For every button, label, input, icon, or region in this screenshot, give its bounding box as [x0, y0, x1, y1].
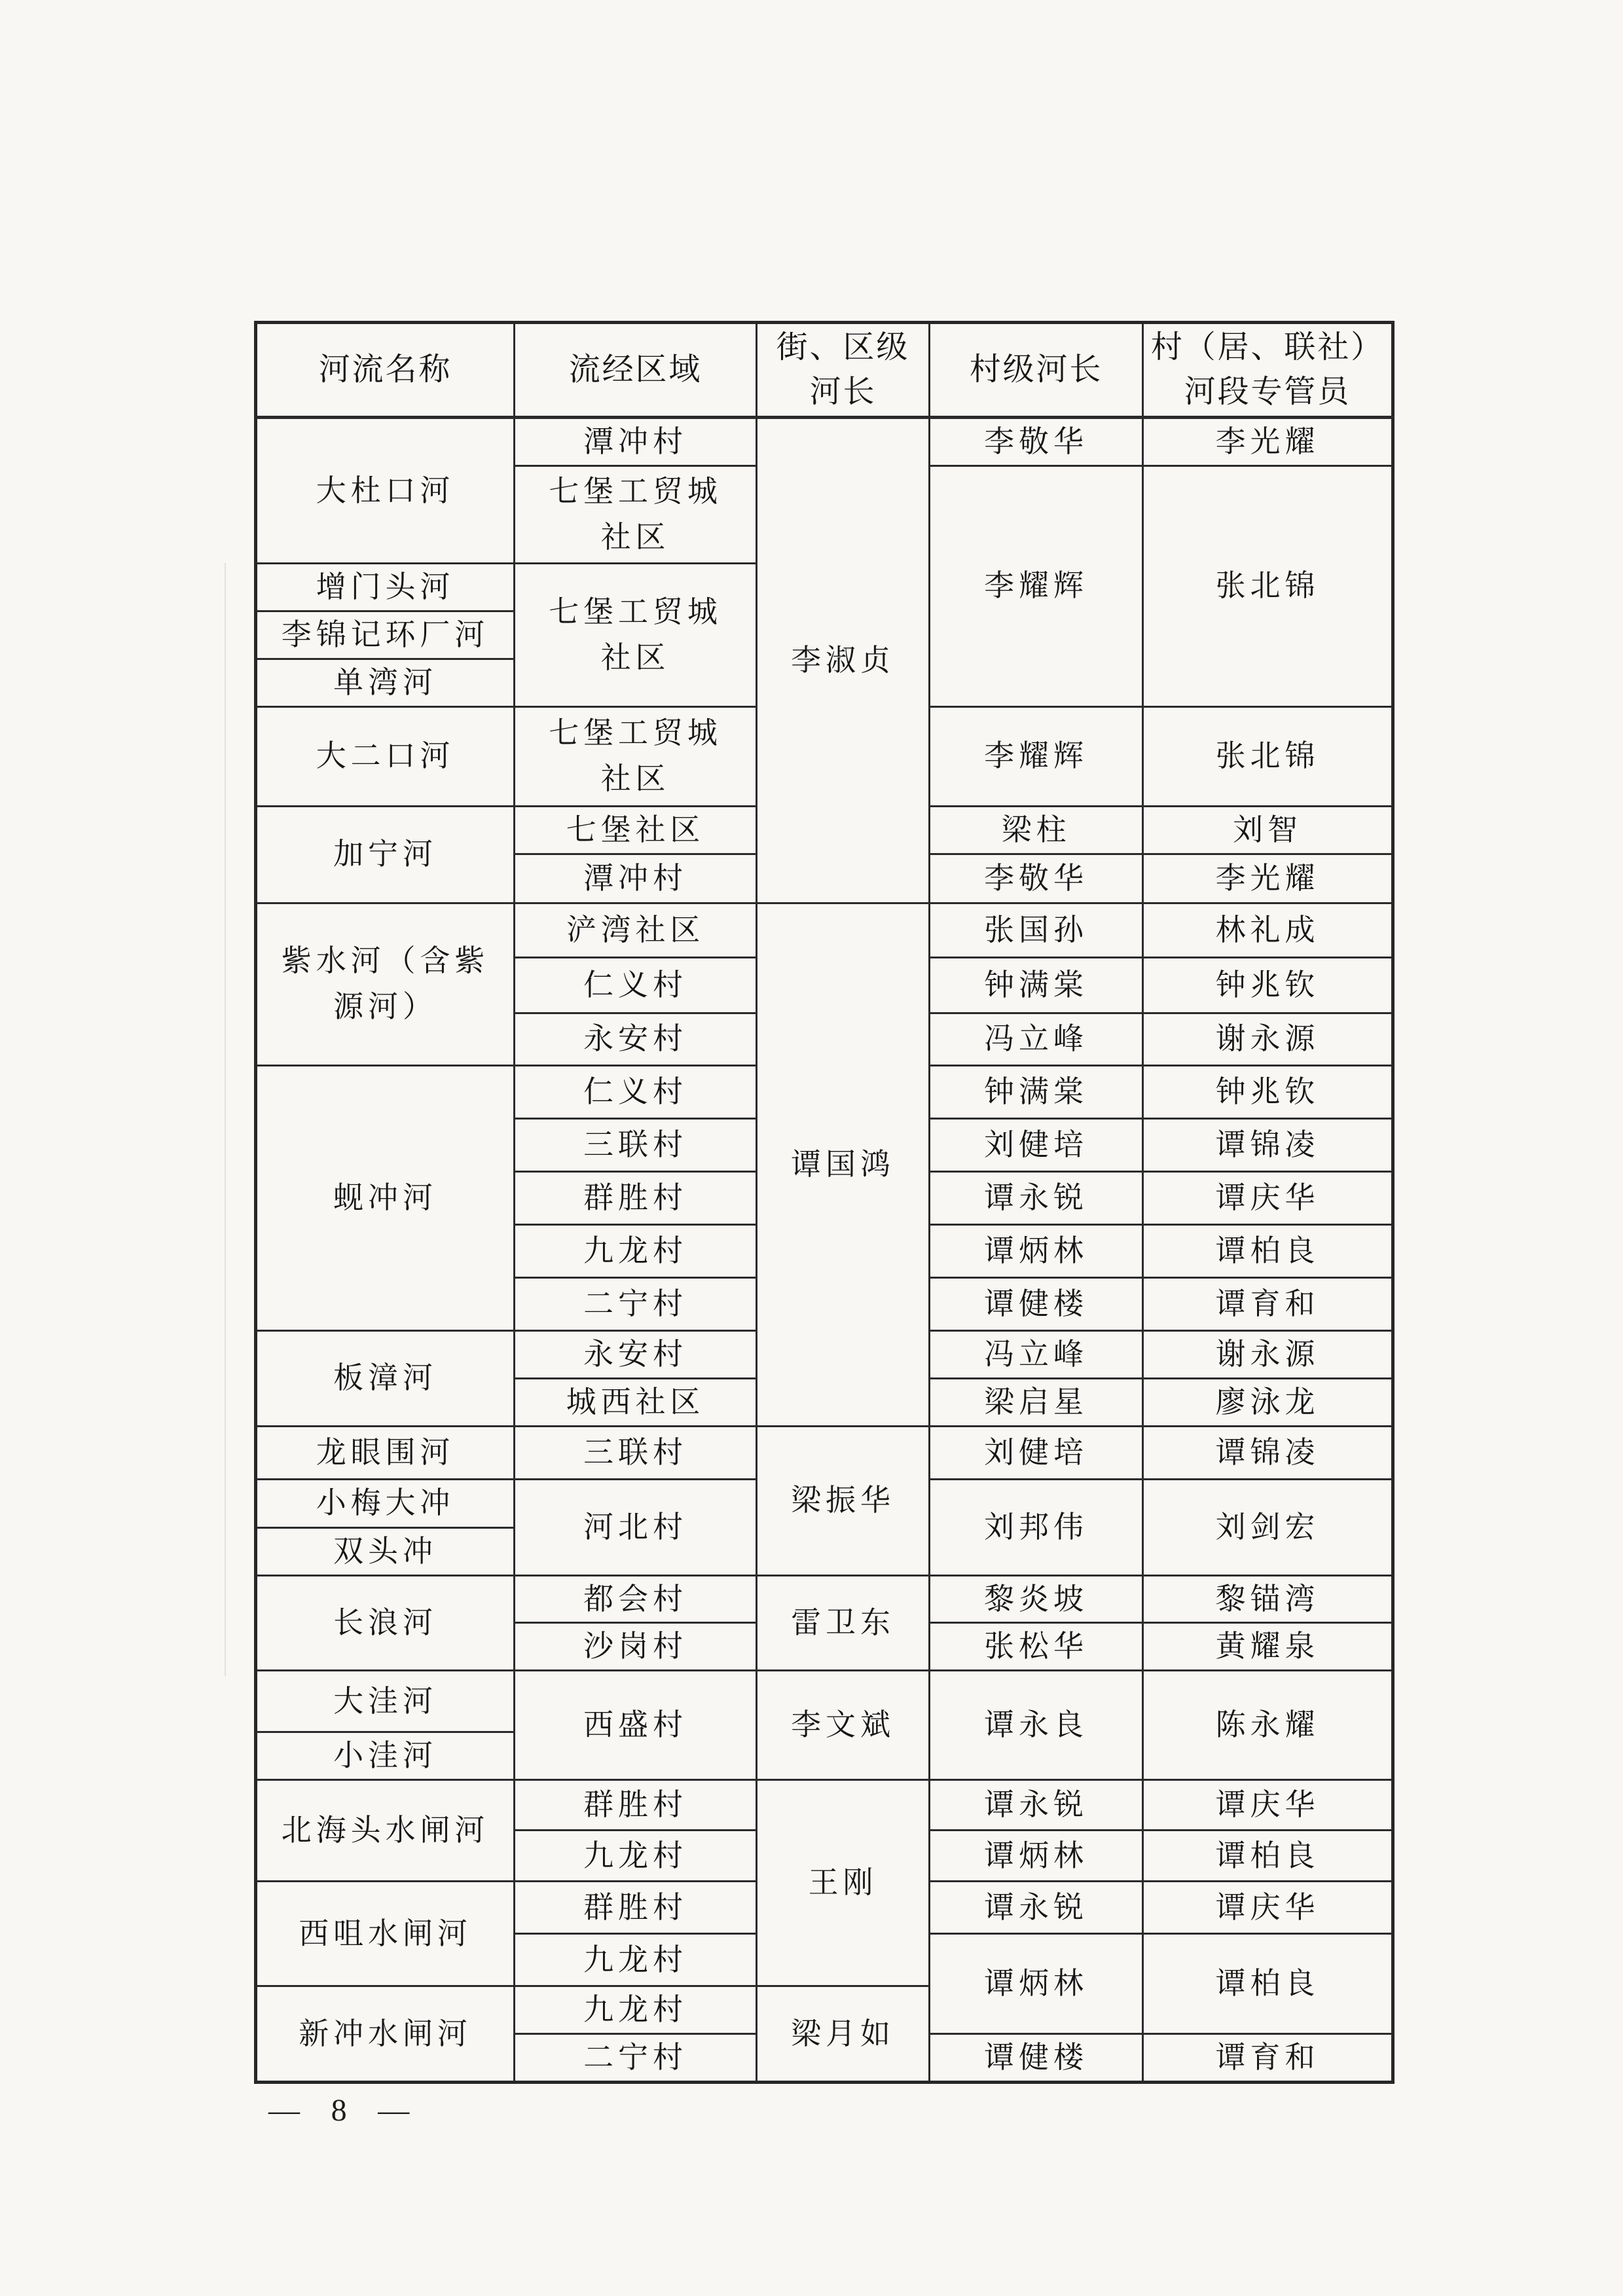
river-name-cell: 龙眼围河 — [256, 1426, 515, 1479]
section-supervisor-cell: 钟兆钦 — [1143, 957, 1393, 1013]
flow-area-cell: 九龙村 — [515, 1224, 757, 1277]
river-name-cell: 小洼河 — [256, 1732, 515, 1780]
flow-area-cell: 潭冲村 — [515, 418, 757, 466]
flow-area-cell: 永安村 — [515, 1330, 757, 1378]
flow-area-cell: 二宁村 — [515, 1277, 757, 1330]
flow-area-cell: 三联村 — [515, 1426, 757, 1479]
river-name-cell: 单湾河 — [256, 659, 515, 706]
village-chief-cell: 梁启星 — [930, 1378, 1143, 1426]
section-supervisor-cell: 张北锦 — [1143, 706, 1393, 806]
section-supervisor-cell: 张北锦 — [1143, 465, 1393, 706]
flow-area-cell: 七堡社区 — [515, 806, 757, 854]
street-district-chief-cell: 雷卫东 — [757, 1575, 930, 1671]
flow-area-cell: 永安村 — [515, 1013, 757, 1065]
section-supervisor-cell: 刘智 — [1143, 806, 1393, 854]
flow-area-cell: 七堡工贸城 社区 — [515, 706, 757, 806]
river-name-cell: 长浪河 — [256, 1575, 515, 1671]
section-supervisor-cell: 谭庆华 — [1143, 1171, 1393, 1224]
village-chief-cell: 谭健楼 — [930, 1277, 1143, 1330]
village-chief-cell: 李耀辉 — [930, 465, 1143, 706]
header-street-district-chief: 街、区级 河长 — [757, 323, 930, 418]
section-supervisor-cell: 谭锦凌 — [1143, 1426, 1393, 1479]
river-name-cell: 加宁河 — [256, 806, 515, 903]
village-chief-cell: 梁柱 — [930, 806, 1143, 854]
village-chief-cell: 谭炳林 — [930, 1831, 1143, 1882]
flow-area-cell: 九龙村 — [515, 1831, 757, 1882]
table-header: 河流名称 流经区域 街、区级 河长 村级河长 村（居、联社） 河段专管员 — [256, 323, 1393, 418]
flow-area-cell: 三联村 — [515, 1118, 757, 1171]
river-name-cell: 北海头水闸河 — [256, 1780, 515, 1882]
section-supervisor-cell: 林礼成 — [1143, 903, 1393, 957]
table-row: 大洼河西盛村李文斌谭永良陈永耀 — [256, 1671, 1393, 1732]
village-chief-cell: 谭健楼 — [930, 2034, 1143, 2083]
section-supervisor-cell: 黄耀泉 — [1143, 1623, 1393, 1671]
scan-artifact-line — [225, 563, 226, 1676]
section-supervisor-cell: 谭育和 — [1143, 1277, 1393, 1330]
street-district-chief-cell: 王刚 — [757, 1780, 930, 1986]
street-district-chief-cell: 梁振华 — [757, 1426, 930, 1575]
flow-area-cell: 河北村 — [515, 1479, 757, 1575]
village-chief-cell: 冯立峰 — [930, 1013, 1143, 1065]
table-row: 紫水河（含紫 源河）浐湾社区谭国鸿张国孙林礼成 — [256, 903, 1393, 957]
village-chief-cell: 谭炳林 — [930, 1224, 1143, 1277]
village-chief-cell: 谭炳林 — [930, 1934, 1143, 2034]
river-name-cell: 大洼河 — [256, 1671, 515, 1732]
flow-area-cell: 七堡工贸城 社区 — [515, 465, 757, 563]
section-supervisor-cell: 谭柏良 — [1143, 1224, 1393, 1277]
village-chief-cell: 刘邦伟 — [930, 1479, 1143, 1575]
flow-area-cell: 西盛村 — [515, 1671, 757, 1780]
section-supervisor-cell: 李光耀 — [1143, 418, 1393, 466]
section-supervisor-cell: 廖泳龙 — [1143, 1378, 1393, 1426]
page-number: — 8 — — [259, 2092, 422, 2128]
river-chief-table: 河流名称 流经区域 街、区级 河长 村级河长 村（居、联社） 河段专管员 大杜口… — [254, 321, 1395, 2084]
village-chief-cell: 张国孙 — [930, 903, 1143, 957]
table-row: 大杜口河潭冲村李淑贞李敬华李光耀 — [256, 418, 1393, 466]
section-supervisor-cell: 谭柏良 — [1143, 1831, 1393, 1882]
flow-area-cell: 都会村 — [515, 1575, 757, 1623]
flow-area-cell: 群胜村 — [515, 1171, 757, 1224]
flow-area-cell: 七堡工贸城 社区 — [515, 563, 757, 706]
section-supervisor-cell: 谢永源 — [1143, 1330, 1393, 1378]
river-name-cell: 紫水河（含紫 源河） — [256, 903, 515, 1065]
river-name-cell: 大杜口河 — [256, 418, 515, 564]
river-name-cell: 李锦记环厂河 — [256, 611, 515, 659]
section-supervisor-cell: 黎锚湾 — [1143, 1575, 1393, 1623]
section-supervisor-cell: 钟兆钦 — [1143, 1065, 1393, 1118]
village-chief-cell: 谭永良 — [930, 1671, 1143, 1780]
village-chief-cell: 刘健培 — [930, 1426, 1143, 1479]
header-section-supervisor: 村（居、联社） 河段专管员 — [1143, 323, 1393, 418]
village-chief-cell: 谭永锐 — [930, 1882, 1143, 1934]
section-supervisor-cell: 谢永源 — [1143, 1013, 1393, 1065]
table-header-row: 河流名称 流经区域 街、区级 河长 村级河长 村（居、联社） 河段专管员 — [256, 323, 1393, 418]
village-chief-cell: 谭永锐 — [930, 1780, 1143, 1831]
flow-area-cell: 潭冲村 — [515, 854, 757, 903]
section-supervisor-cell: 刘剑宏 — [1143, 1479, 1393, 1575]
document-page: 河流名称 流经区域 街、区级 河长 村级河长 村（居、联社） 河段专管员 大杜口… — [0, 0, 1623, 2296]
table-row: 龙眼围河三联村梁振华刘健培谭锦凌 — [256, 1426, 1393, 1479]
flow-area-cell: 群胜村 — [515, 1882, 757, 1934]
section-supervisor-cell: 陈永耀 — [1143, 1671, 1393, 1780]
village-chief-cell: 张松华 — [930, 1623, 1143, 1671]
street-district-chief-cell: 谭国鸿 — [757, 903, 930, 1426]
river-name-cell: 板漳河 — [256, 1330, 515, 1426]
flow-area-cell: 群胜村 — [515, 1780, 757, 1831]
village-chief-cell: 李敬华 — [930, 418, 1143, 466]
river-name-cell: 新冲水闸河 — [256, 1986, 515, 2083]
flow-area-cell: 沙岗村 — [515, 1623, 757, 1671]
flow-area-cell: 九龙村 — [515, 1934, 757, 1986]
river-name-cell: 双头冲 — [256, 1527, 515, 1575]
village-chief-cell: 钟满棠 — [930, 1065, 1143, 1118]
section-supervisor-cell: 李光耀 — [1143, 854, 1393, 903]
street-district-chief-cell: 李淑贞 — [757, 418, 930, 903]
village-chief-cell: 谭永锐 — [930, 1171, 1143, 1224]
flow-area-cell: 九龙村 — [515, 1986, 757, 2034]
village-chief-cell: 冯立峰 — [930, 1330, 1143, 1378]
street-district-chief-cell: 李文斌 — [757, 1671, 930, 1780]
table-row: 北海头水闸河群胜村王刚谭永锐谭庆华 — [256, 1780, 1393, 1831]
river-name-cell: 西咀水闸河 — [256, 1882, 515, 1986]
flow-area-cell: 浐湾社区 — [515, 903, 757, 957]
flow-area-cell: 二宁村 — [515, 2034, 757, 2083]
village-chief-cell: 李耀辉 — [930, 706, 1143, 806]
header-village-chief: 村级河长 — [930, 323, 1143, 418]
header-river-name: 河流名称 — [256, 323, 515, 418]
village-chief-cell: 李敬华 — [930, 854, 1143, 903]
river-name-cell: 增门头河 — [256, 563, 515, 611]
section-supervisor-cell: 谭柏良 — [1143, 1934, 1393, 2034]
section-supervisor-cell: 谭庆华 — [1143, 1780, 1393, 1831]
village-chief-cell: 刘健培 — [930, 1118, 1143, 1171]
flow-area-cell: 仁义村 — [515, 957, 757, 1013]
flow-area-cell: 仁义村 — [515, 1065, 757, 1118]
section-supervisor-cell: 谭锦凌 — [1143, 1118, 1393, 1171]
village-chief-cell: 黎炎坡 — [930, 1575, 1143, 1623]
street-district-chief-cell: 梁月如 — [757, 1986, 930, 2083]
table-body: 大杜口河潭冲村李淑贞李敬华李光耀七堡工贸城 社区李耀辉张北锦增门头河七堡工贸城 … — [256, 418, 1393, 2083]
river-name-cell: 大二口河 — [256, 706, 515, 806]
header-flow-area: 流经区域 — [515, 323, 757, 418]
section-supervisor-cell: 谭庆华 — [1143, 1882, 1393, 1934]
section-supervisor-cell: 谭育和 — [1143, 2034, 1393, 2083]
river-name-cell: 小梅大冲 — [256, 1479, 515, 1527]
flow-area-cell: 城西社区 — [515, 1378, 757, 1426]
table-row: 长浪河都会村雷卫东黎炎坡黎锚湾 — [256, 1575, 1393, 1623]
river-name-cell: 蚬冲河 — [256, 1065, 515, 1330]
village-chief-cell: 钟满棠 — [930, 957, 1143, 1013]
